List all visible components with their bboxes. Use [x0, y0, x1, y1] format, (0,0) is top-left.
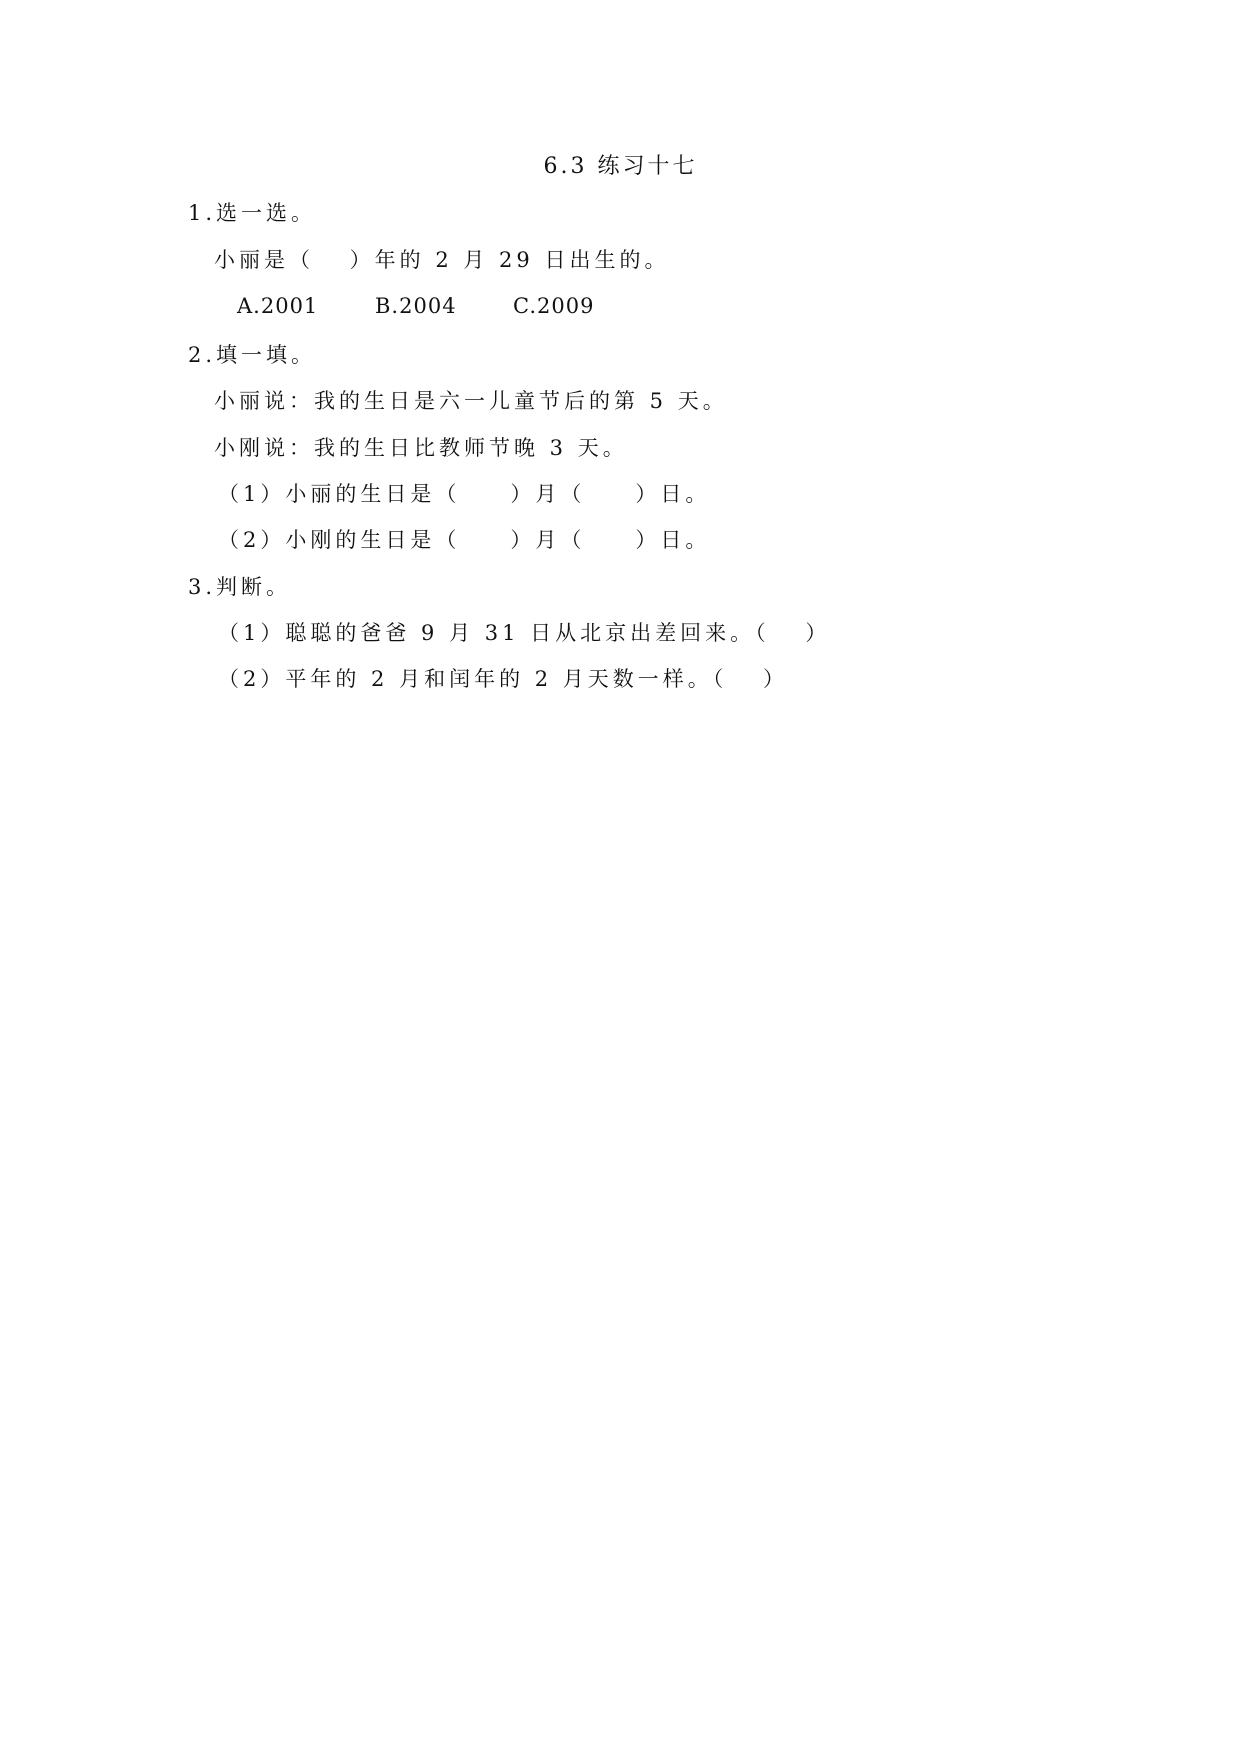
- judge-item-2: （2）平年的 2 月和闰年的 2 月天数一样。（ ）: [218, 666, 788, 692]
- fill-item-2: （2）小刚的生日是（ ）月（ ）日。: [218, 527, 710, 553]
- statement-xiaogang: 小刚说：我的生日比教师节晚 3 天。: [214, 435, 628, 461]
- section-1-heading: 1.选一选。: [188, 200, 316, 226]
- section-2-heading: 2.填一填。: [188, 342, 316, 368]
- judge-item-1: （1）聪聪的爸爸 9 月 31 日从北京出差回来。（ ）: [218, 620, 830, 646]
- option-b: B.2004: [375, 293, 457, 319]
- section-1-question: 小丽是（ ）年的 2 月 29 日出生的。: [214, 247, 669, 273]
- option-a: A.2001: [237, 293, 318, 319]
- section-3-heading: 3.判断。: [188, 574, 291, 600]
- page-title: 6.3 练习十七: [0, 154, 1241, 180]
- fill-item-1: （1）小丽的生日是（ ）月（ ）日。: [218, 481, 710, 507]
- worksheet-page: 6.3 练习十七 1.选一选。 小丽是（ ）年的 2 月 29 日出生的。 A.…: [0, 0, 1241, 1754]
- option-c: C.2009: [513, 293, 594, 319]
- statement-xiaoli: 小丽说：我的生日是六一儿童节后的第 5 天。: [214, 388, 728, 414]
